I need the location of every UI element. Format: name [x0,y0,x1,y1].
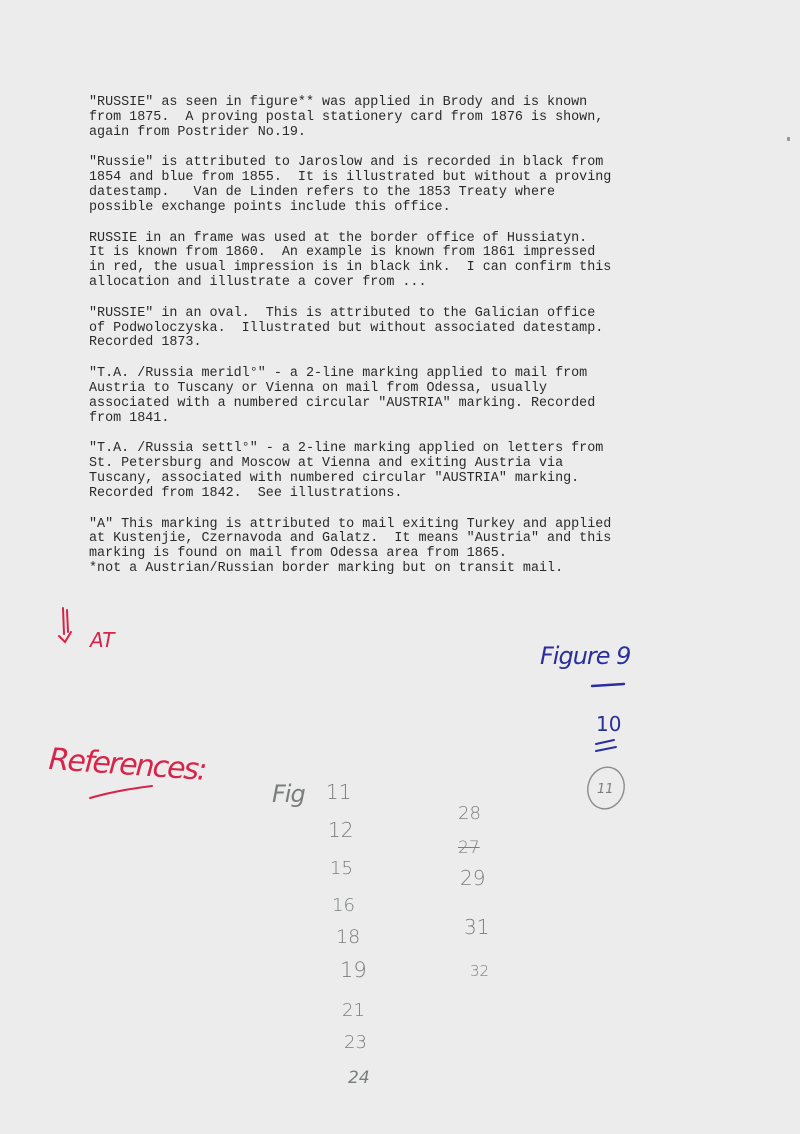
pencil-fig-16: 16 [332,895,355,916]
pencil-fig-12: 12 [328,818,353,842]
text-line: "Russie" is attributed to Jaroslow and i… [89,156,709,171]
text-line: Recorded 1873. [89,336,709,351]
pencil-fig-21: 21 [342,1000,365,1021]
text-line: "RUSSIE" as seen in figure** was applied… [89,96,709,111]
paragraph-hussiatyn: RUSSIE in an frame was used at the borde… [89,232,709,291]
blue-underline [590,680,630,690]
text-line: St. Petersburg and Moscow at Vienna and … [89,457,709,472]
pencil-fig-18: 18 [336,926,360,948]
text-line: Austria to Tuscany or Vienna on mail fro… [89,382,709,397]
paragraph-a-marking: "A" This marking is attributed to mail e… [89,518,709,577]
text-line: Tuscany, associated with numbered circul… [89,472,709,487]
text-line: marking is found on mail from Odessa are… [89,547,709,562]
pencil-fig-24: 24 [348,1068,370,1088]
text-line: "T.A. /Russia meridl°" - a 2-line markin… [89,367,709,382]
pencil-fig-15: 15 [330,858,353,879]
text-line: "RUSSIE" in an oval. This is attributed … [89,307,709,322]
footnote-line: *not a Austrian/Russian border marking b… [89,562,709,577]
text-line: possible exchange points include this of… [89,201,709,216]
text-line: associated with a numbered circular "AUS… [89,397,709,412]
text-line: RUSSIE in an frame was used at the borde… [89,232,709,247]
paragraph-russia-meridl: "T.A. /Russia meridl°" - a 2-line markin… [89,367,709,426]
pencil-fig-28: 28 [458,803,481,824]
text-line: "T.A. /Russia settl°" - a 2-line marking… [89,442,709,457]
paragraph-brody: "RUSSIE" as seen in figure** was applied… [89,96,709,140]
red-arrow-icon [55,606,85,646]
blue-figure-10: 10 [596,712,621,736]
pencil-fig-32: 32 [470,962,489,980]
text-line: allocation and illustrate a cover from .… [89,276,709,291]
red-note-at: AT [90,628,114,652]
pencil-fig-29: 29 [460,866,485,890]
pencil-fig-11: 11 [326,780,351,804]
typed-text-body: "RUSSIE" as seen in figure** was applied… [89,96,709,577]
scanned-page: "RUSSIE" as seen in figure** was applied… [0,0,800,1134]
paragraph-russia-settl: "T.A. /Russia settl°" - a 2-line marking… [89,442,709,501]
red-references-heading: References: [48,742,207,788]
pencil-fig-31: 31 [464,915,489,939]
paragraph-podwoloczyska: "RUSSIE" in an oval. This is attributed … [89,307,709,351]
pencil-fig-23: 23 [344,1032,367,1053]
text-line: Recorded from 1842. See illustrations. [89,487,709,502]
text-line: again from Postrider No.19. [89,126,709,141]
scan-speck [787,137,790,141]
pencil-fig-27-struck: 27 [458,838,480,858]
paragraph-jaroslow: "Russie" is attributed to Jaroslow and i… [89,156,709,215]
text-line: from 1841. [89,412,709,427]
text-line: It is known from 1860. An example is kno… [89,246,709,261]
blue-double-underline [592,738,622,754]
text-line: 1854 and blue from 1855. It is illustrat… [89,171,709,186]
text-line: of Podwoloczyska. Illustrated but withou… [89,322,709,337]
text-line: "A" This marking is attributed to mail e… [89,518,709,533]
pencil-circled-11: 11 [597,782,614,797]
blue-figure-note: Figure 9 [540,642,630,670]
pencil-fig-19: 19 [340,958,367,982]
pencil-fig-label: Fig [272,780,305,808]
text-line: datestamp. Van de Linden refers to the 1… [89,186,709,201]
text-line: in red, the usual impression is in black… [89,261,709,276]
text-line: at Kustenjie, Czernavoda and Galatz. It … [89,532,709,547]
text-line: from 1875. A proving postal stationery c… [89,111,709,126]
red-underline [88,782,158,802]
